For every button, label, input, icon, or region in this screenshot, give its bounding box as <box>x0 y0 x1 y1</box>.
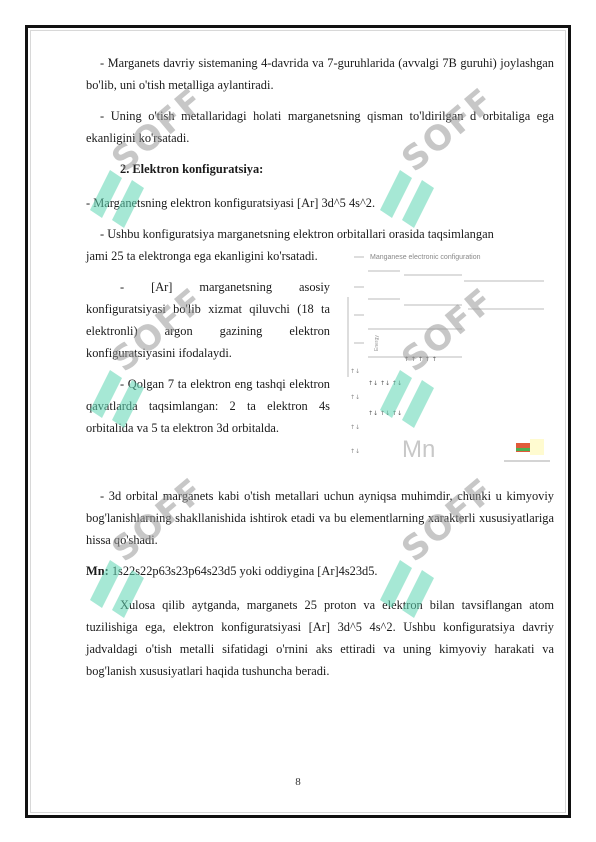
paragraph-distribution-intro: - Ushbu konfiguratsiya marganetsning ele… <box>86 223 554 245</box>
text-with-figure: jami 25 ta elektronga ega ekanligini ko'… <box>86 245 554 479</box>
paragraph-3d-orbital: - 3d orbital marganets kabi o'tish metal… <box>86 485 554 551</box>
paragraph-conclusion: Xulosa qilib aytganda, marganets 25 prot… <box>86 594 554 682</box>
left-column: jami 25 ta elektronga ega ekanligini ko'… <box>86 245 330 479</box>
svg-text:↑↓: ↑↓ <box>350 448 360 455</box>
element-symbol: Mn <box>402 436 435 463</box>
figure-electron-configuration: Manganese electronic configuration <box>344 247 556 479</box>
axis-label: Energy <box>374 335 380 351</box>
section-heading: 2. Elektron konfiguratsiya: <box>86 158 554 180</box>
page-number: 8 <box>0 776 596 788</box>
svg-text:↑↓ ↑↓ ↑↓: ↑↓ ↑↓ ↑↓ <box>368 380 402 387</box>
figure-title: Manganese electronic configuration <box>370 254 481 261</box>
paragraph-transition-metal: - Uning o'tish metallaridagi holati marg… <box>86 105 554 149</box>
mn-label: Mn: <box>86 564 109 578</box>
paragraph-period-group: - Marganets davriy sistemaning 4-davrida… <box>86 52 554 96</box>
mn-config-text: 1s22s22p63s23p64s23d5 yoki oddiygina [Ar… <box>109 564 378 578</box>
paragraph-total-electrons: jami 25 ta elektronga ega ekanligini ko'… <box>86 245 330 267</box>
energy-level-diagram: Manganese electronic configuration <box>344 247 556 479</box>
svg-text:↑↓: ↑↓ <box>350 424 360 431</box>
svg-text:↑↓: ↑↓ <box>350 368 360 375</box>
svg-text:↑↓ ↑↓ ↑↓: ↑↓ ↑↓ ↑↓ <box>368 410 402 417</box>
document-body: - Marganets davriy sistemaning 4-davrida… <box>86 52 554 691</box>
svg-text:↑ ↑ ↑ ↑ ↑: ↑ ↑ ↑ ↑ ↑ <box>404 356 437 363</box>
svg-text:↑↓: ↑↓ <box>350 394 360 401</box>
paragraph-config: - Marganetsning elektron konfiguratsiyas… <box>86 192 554 214</box>
mn-configuration-line: Mn: 1s22s22p63s23p64s23d5 yoki oddiygina… <box>86 560 554 582</box>
paragraph-argon-core: - [Ar] marganetsning asosiy konfiguratsi… <box>86 276 330 364</box>
paragraph-outer-electrons: - Qolgan 7 ta elektron eng tashqi elektr… <box>86 373 330 439</box>
